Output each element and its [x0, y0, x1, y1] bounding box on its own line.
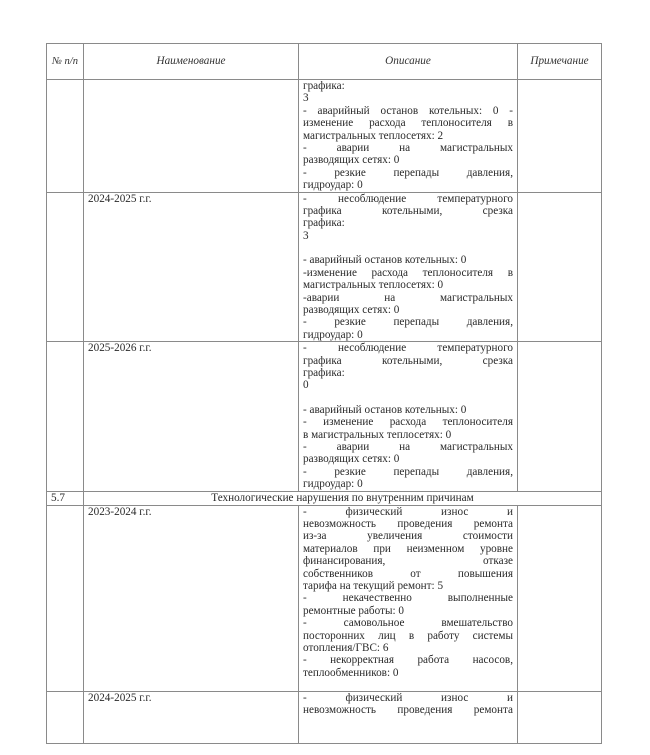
description-line: графика: [303, 80, 513, 92]
row-description: - физический износ иневозможность провед… [299, 691, 518, 743]
description-line: в магистральных теплосетях: 0 [303, 429, 513, 441]
description-line: невозможность проведения ремонта [303, 518, 513, 530]
description-line: - несоблюдение температурного [303, 193, 513, 205]
description-line: магистральных теплосетях: 0 [303, 279, 513, 291]
table-row: 2024-2025 г.г. - физический износ иневоз… [47, 691, 602, 743]
row-num [47, 691, 84, 743]
table-row: 2023-2024 г.г. - физический износ иневоз… [47, 505, 602, 691]
description-line: из-за увеличения стоимости [303, 530, 513, 542]
row-note [518, 505, 602, 691]
header-name: Наименование [84, 44, 299, 80]
description-line: - изменение расхода теплоносителя [303, 416, 513, 428]
description-line: - физический износ и [303, 506, 513, 518]
description-line: - самовольное вмешательство [303, 617, 513, 629]
table-row: графика:3- аварийный останов котельных: … [47, 80, 602, 193]
description-line: посторонних лиц в работу системы [303, 630, 513, 642]
row-note [518, 691, 602, 743]
description-line: - аварии на магистральных [303, 441, 513, 453]
description-line: - аварийный останов котельных: 0 - [303, 105, 513, 117]
description-line: разводящих сетях: 0 [303, 304, 513, 316]
table-row: 2024-2025 г.г. - несоблюдение температур… [47, 192, 602, 341]
incidents-table: № п/п Наименование Описание Примечание г… [46, 43, 602, 744]
row-description: - несоблюдение температурногографика кот… [299, 192, 518, 341]
row-name: 2024-2025 г.г. [84, 192, 299, 341]
description-line: графика котельными, срезка [303, 205, 513, 217]
row-note [518, 80, 602, 193]
row-note [518, 342, 602, 491]
description-line: разводящих сетях: 0 [303, 453, 513, 465]
description-line: - некорректная работа насосов, [303, 654, 513, 666]
description-line: 3 [303, 92, 513, 104]
description-line: ремонтные работы: 0 [303, 605, 513, 617]
row-num [47, 505, 84, 691]
description-line: изменение расхода теплоносителя в [303, 117, 513, 129]
description-line [303, 242, 513, 254]
description-line: - резкие перепады давления, [303, 466, 513, 478]
description-line: 0 [303, 379, 513, 391]
description-line [303, 392, 513, 404]
description-line: графика котельными, срезка [303, 355, 513, 367]
row-description: графика:3- аварийный останов котельных: … [299, 80, 518, 193]
row-num [47, 342, 84, 491]
description-line: графика: [303, 217, 513, 229]
description-line: разводящих сетях: 0 [303, 154, 513, 166]
description-line: - резкие перепады давления, [303, 167, 513, 179]
table-row: 2025-2026 г.г. - несоблюдение температур… [47, 342, 602, 491]
description-line: магистральных теплосетях: 2 [303, 130, 513, 142]
description-line: -аварии на магистральных [303, 292, 513, 304]
row-description: - физический износ иневозможность провед… [299, 505, 518, 691]
description-line: собственников от повышения [303, 568, 513, 580]
description-line: гидроудар: 0 [303, 478, 513, 490]
description-line: гидроудар: 0 [303, 179, 513, 191]
row-name: 2025-2026 г.г. [84, 342, 299, 491]
row-name [84, 80, 299, 193]
description-line: - аварийный останов котельных: 0 [303, 254, 513, 266]
section-num: 5.7 [47, 491, 84, 505]
description-line: графика: [303, 367, 513, 379]
row-name: 2023-2024 г.г. [84, 505, 299, 691]
row-note [518, 192, 602, 341]
row-num [47, 80, 84, 193]
description-line: материалов при неизменном уровне [303, 543, 513, 555]
description-line: невозможность проведения ремонта [303, 704, 513, 716]
description-line: - аварийный останов котельных: 0 [303, 404, 513, 416]
section-title: Технологические нарушения по внутренним … [84, 491, 602, 505]
section-row: 5.7 Технологические нарушения по внутрен… [47, 491, 602, 505]
table-header: № п/п Наименование Описание Примечание [47, 44, 602, 80]
header-note: Примечание [518, 44, 602, 80]
description-line: - физический износ и [303, 692, 513, 704]
description-line: -изменение расхода теплоносителя в [303, 267, 513, 279]
description-line: - резкие перепады давления, [303, 316, 513, 328]
description-line: 3 [303, 230, 513, 242]
description-line: - несоблюдение температурного [303, 342, 513, 354]
description-line: теплообменников: 0 [303, 667, 513, 679]
header-description: Описание [299, 44, 518, 80]
description-line: тарифа на текущий ремонт: 5 [303, 580, 513, 592]
description-line: гидроудар: 0 [303, 329, 513, 341]
row-num [47, 192, 84, 341]
description-line: - некачественно выполненные [303, 592, 513, 604]
description-line: отопления/ГВС: 6 [303, 642, 513, 654]
row-name: 2024-2025 г.г. [84, 691, 299, 743]
row-description: - несоблюдение температурногографика кот… [299, 342, 518, 491]
description-line: - аварии на магистральных [303, 142, 513, 154]
header-num: № п/п [47, 44, 84, 80]
description-line: финансирования, отказе [303, 555, 513, 567]
